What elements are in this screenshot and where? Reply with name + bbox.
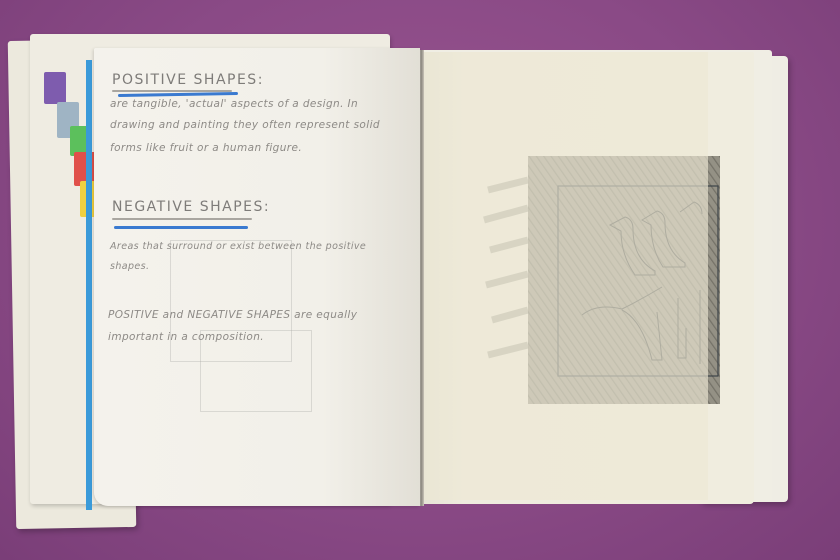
text-line: shapes. [110,262,149,272]
heading-negative-shapes: NEGATIVE SHAPES: [112,200,270,214]
text-line: important in a composition. [108,332,264,343]
heading-positive-shapes: POSITIVE SHAPES: [112,73,264,87]
tracing-paper-overlay [420,52,708,500]
heading-underline [112,218,252,220]
text-line: forms like fruit or a human figure. [110,143,302,154]
text-line: are tangible, 'actual' aspects of a desi… [110,99,358,110]
text-line: POSITIVE and NEGATIVE SHAPES are equally [108,310,357,321]
blue-page-edge [86,60,92,510]
text-line: drawing and painting they often represen… [110,120,380,131]
heading-highlight-blue [114,226,248,229]
text-line: Areas that surround or exist between the… [110,242,366,252]
sticky-tab-purple [44,72,66,104]
